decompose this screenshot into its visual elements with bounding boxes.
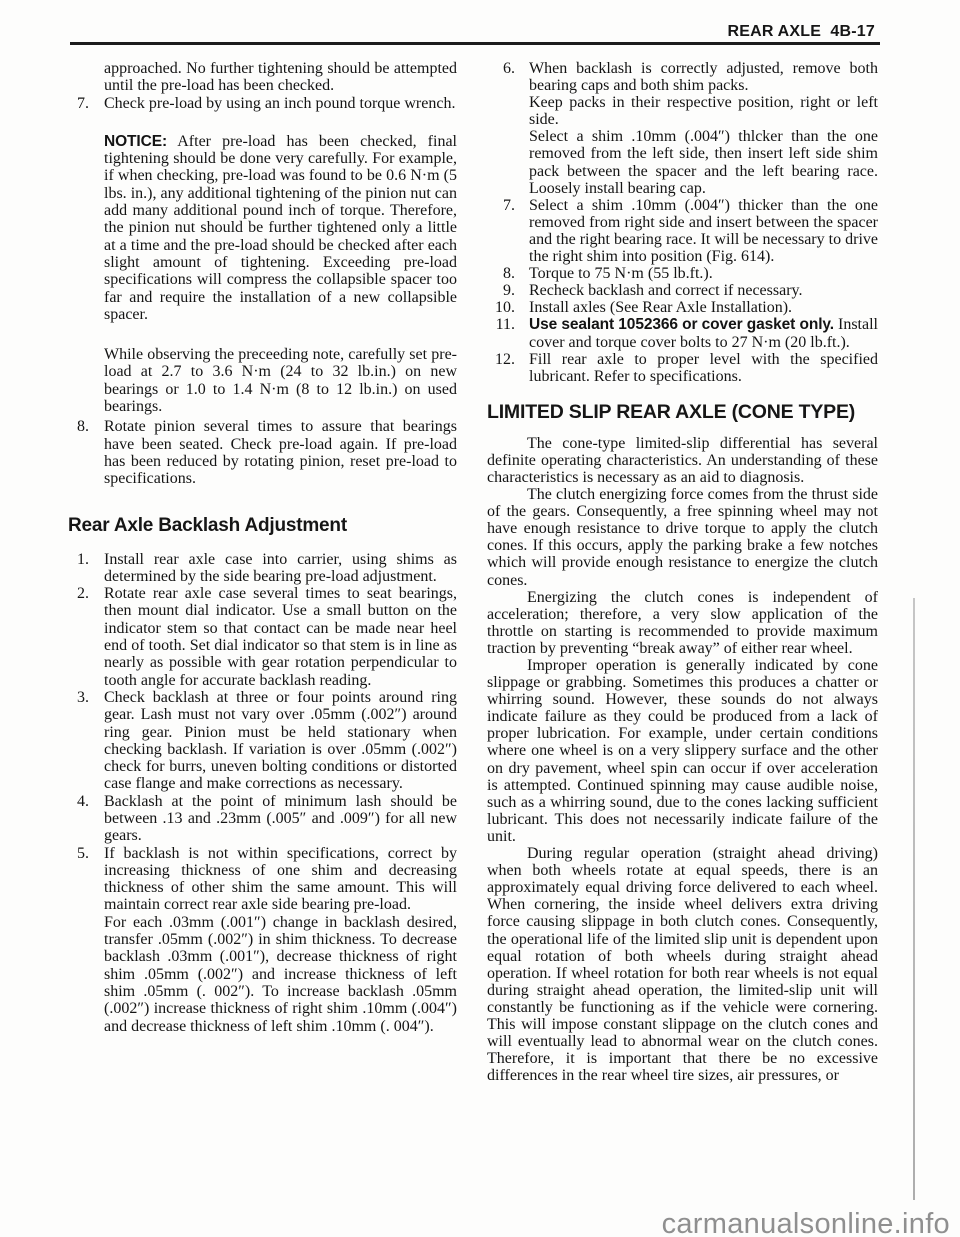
item-number: 7. <box>487 197 529 265</box>
item-text: Select a shim .10mm (.004″) thicker than… <box>529 197 878 265</box>
right-column: 6. When backlash is correctly adjusted, … <box>487 60 878 1084</box>
item-text: When backlash is correctly adjusted, rem… <box>529 60 878 94</box>
item-text: Check backlash at three or four points a… <box>104 689 457 793</box>
list-item-7: 7. Check pre-load by using an inch pound… <box>68 95 457 112</box>
list-item-3: 3. Check backlash at three or four point… <box>68 689 457 793</box>
item-number: 12. <box>487 351 529 385</box>
item-text: Use sealant 1052366 or cover gasket only… <box>529 316 878 350</box>
list-item-9: 9. Recheck backlash and correct if neces… <box>487 282 878 299</box>
sealant-bold-text: Use sealant 1052366 or cover gasket only… <box>529 316 834 333</box>
item-number: 5. <box>68 845 104 914</box>
paragraph-continuation: approached. No further tightening should… <box>104 60 457 95</box>
section-heading-limited-slip: LIMITED SLIP REAR AXLE (CONE TYPE) <box>487 401 878 424</box>
list-item-8: 8. Rotate pinion several times to assure… <box>68 418 457 487</box>
item-text: Backlash at the point of minimum lash sh… <box>104 793 457 845</box>
item-number: 6. <box>487 60 529 94</box>
header-rule <box>70 42 880 45</box>
list-item-8: 8. Torque to 75 N·m (55 lb.ft.). <box>487 265 878 282</box>
list-item-10: 10. Install axles (See Rear Axle Install… <box>487 299 878 316</box>
item-number: 2. <box>68 585 104 689</box>
limited-slip-paragraph-1: The cone-type limited-slip differential … <box>487 435 878 486</box>
manual-page: REAR AXLE 4B-17 approached. No further t… <box>0 0 960 1237</box>
item-text: Install axles (See Rear Axle Installatio… <box>529 299 878 316</box>
item-text: If backlash is not within specifications… <box>104 845 457 914</box>
limited-slip-paragraph-2: The clutch energizing force comes from t… <box>487 486 878 589</box>
preload-note-paragraph: While observing the preceeding note, car… <box>104 346 457 415</box>
item-text: Recheck backlash and correct if necessar… <box>529 282 878 299</box>
limited-slip-paragraph-3: Energizing the clutch cones is independe… <box>487 589 878 657</box>
item-text: Torque to 75 N·m (55 lb.ft.). <box>529 265 878 282</box>
left-column: approached. No further tightening should… <box>68 60 457 1035</box>
list-item-11: 11. Use sealant 1052366 or cover gasket … <box>487 316 878 350</box>
notice-block: NOTICE: After pre-load has been checked,… <box>104 133 457 323</box>
list-item-1: 1. Install rear axle case into carrier, … <box>68 551 457 586</box>
limited-slip-paragraph-4: Improper operation is generally indicate… <box>487 657 878 845</box>
list-item-4: 4. Backlash at the point of minimum lash… <box>68 793 457 845</box>
notice-text: After pre-load has been checked, final t… <box>104 133 457 323</box>
item-number: 10. <box>487 299 529 316</box>
item-number: 8. <box>487 265 529 282</box>
item-number: 9. <box>487 282 529 299</box>
item-text: Check pre-load by using an inch pound to… <box>104 95 457 112</box>
item-number: 4. <box>68 793 104 845</box>
page-header-title: REAR AXLE 4B-17 <box>727 23 875 41</box>
list-item-7: 7. Select a shim .10mm (.004″) thicker t… <box>487 197 878 265</box>
limited-slip-paragraph-5: During regular operation (straight ahead… <box>487 845 878 1084</box>
notice-label: NOTICE: <box>104 133 167 150</box>
item-number: 8. <box>68 418 104 487</box>
item-number: 3. <box>68 689 104 793</box>
item-text: Rotate pinion several times to assure th… <box>104 418 457 487</box>
list-item-5: 5. If backlash is not within specificati… <box>68 845 457 914</box>
keep-packs-paragraph: Keep packs in their respective position,… <box>529 94 878 128</box>
shim-transfer-paragraph: For each .03mm (.001″) change in backlas… <box>104 914 457 1035</box>
page-edge-line <box>913 598 915 1200</box>
section-heading-backlash-adjustment: Rear Axle Backlash Adjustment <box>68 515 457 537</box>
item-number: 7. <box>68 95 104 112</box>
item-text: Install rear axle case into carrier, usi… <box>104 551 457 586</box>
watermark: carmanualsonline.info <box>662 1208 950 1237</box>
select-shim-left-paragraph: Select a shim .10mm (.004″) thlcker than… <box>529 128 878 196</box>
list-item-6: 6. When backlash is correctly adjusted, … <box>487 60 878 94</box>
item-text: Rotate rear axle case several times to s… <box>104 585 457 689</box>
list-item-12: 12. Fill rear axle to proper level with … <box>487 351 878 385</box>
list-item-2: 2. Rotate rear axle case several times t… <box>68 585 457 689</box>
item-number: 11. <box>487 316 529 350</box>
item-text: Fill rear axle to proper level with the … <box>529 351 878 385</box>
item-number: 1. <box>68 551 104 586</box>
